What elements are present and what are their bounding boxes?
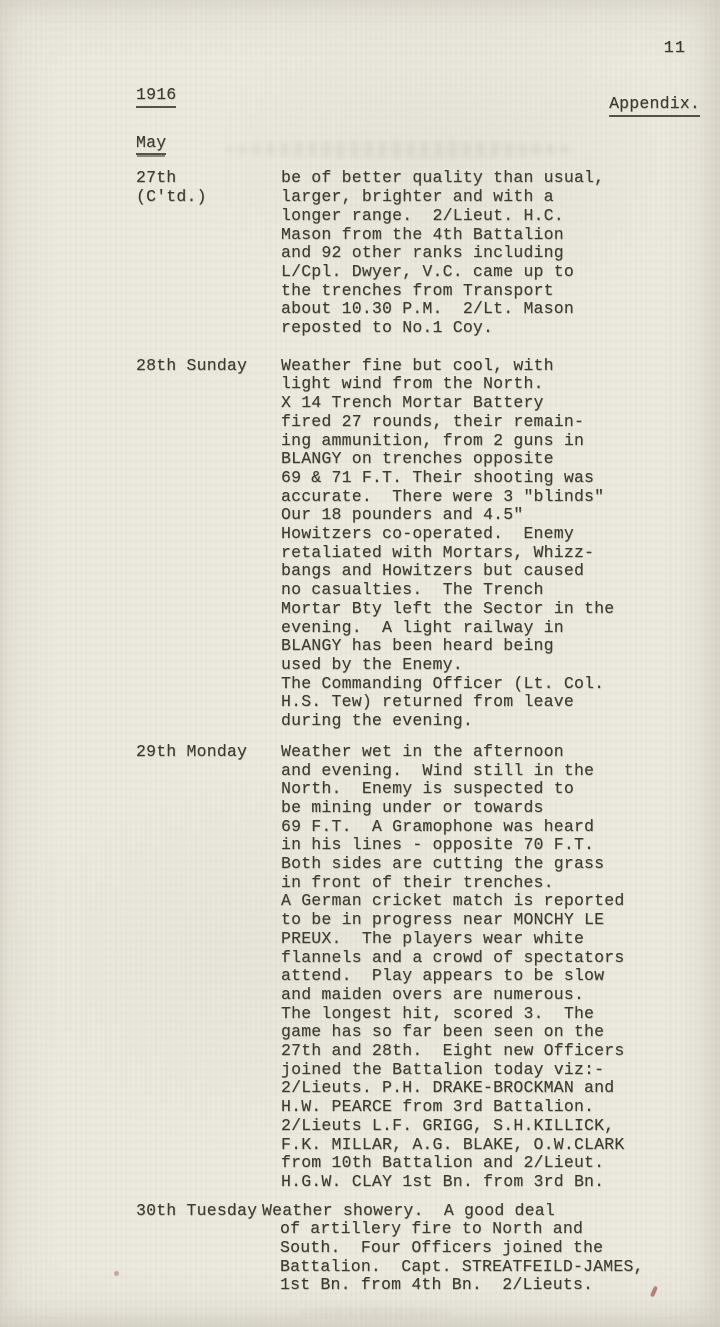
- page-header: 1916 Appendix.: [136, 86, 700, 108]
- entry-body: Weather showery. A good deal of artiller…: [262, 1202, 644, 1296]
- page-number: 11: [664, 40, 686, 59]
- appendix-label: Appendix.: [609, 95, 700, 117]
- diary-entry-30th: 30th Tuesday Weather showery. A good dea…: [136, 1202, 720, 1296]
- red-ink-dot: [114, 1271, 119, 1276]
- document-page: 11 1916 Appendix. May 27th (C'td.) be of…: [0, 0, 720, 1327]
- entry-body: Weather fine but cool, with light wind f…: [281, 357, 614, 731]
- diary-entry-27th: 27th (C'td.) be of better quality than u…: [136, 169, 720, 337]
- bleed-through-smudge-bottom: [300, 1308, 450, 1318]
- month-row: May: [136, 134, 720, 156]
- diary-entries: 27th (C'td.) be of better quality than u…: [136, 169, 720, 1295]
- diary-entry-29th: 29th Monday Weather wet in the afternoon…: [136, 743, 720, 1192]
- entry-date: 28th Sunday: [136, 357, 281, 376]
- entry-body: be of better quality than usual, larger,…: [281, 169, 604, 337]
- year-label: 1916: [136, 86, 176, 108]
- month-label: May: [136, 134, 166, 156]
- diary-entry-28th: 28th Sunday Weather fine but cool, with …: [136, 357, 720, 731]
- entry-date: 30th Tuesday: [136, 1202, 262, 1221]
- entry-date: 27th (C'td.): [136, 169, 281, 206]
- entry-body: Weather wet in the afternoon and evening…: [281, 743, 624, 1192]
- entry-date: 29th Monday: [136, 743, 281, 762]
